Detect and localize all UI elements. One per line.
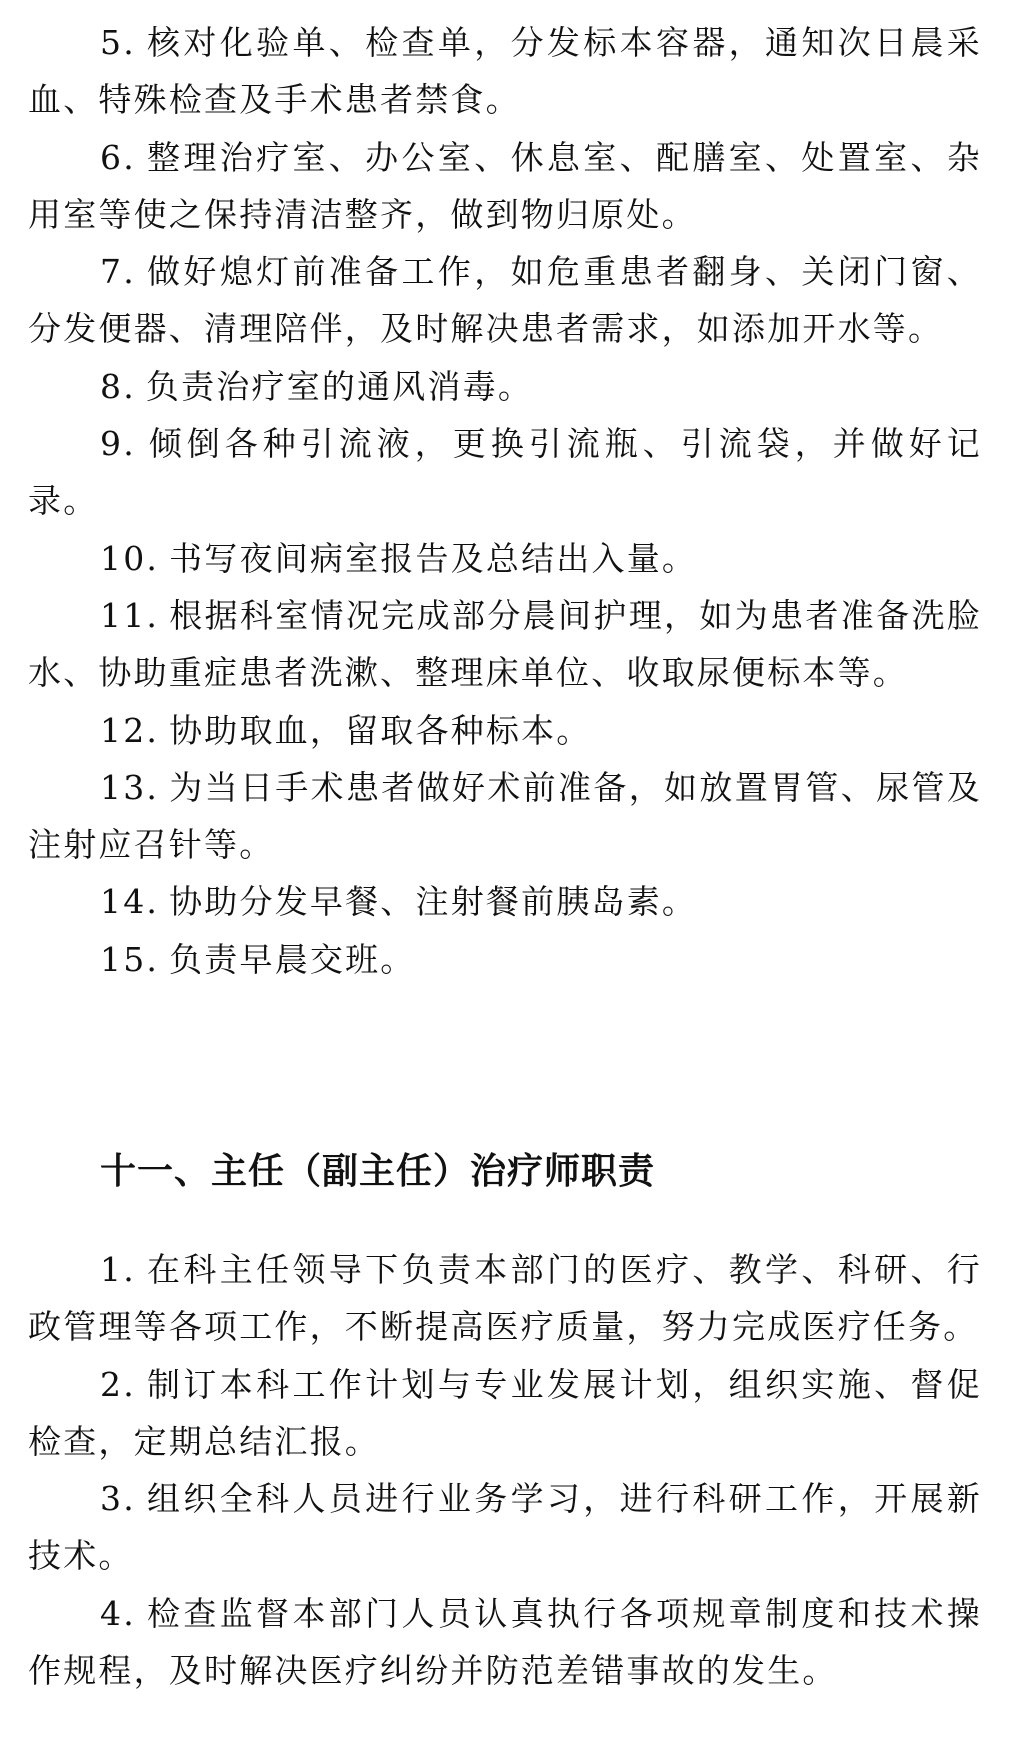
item-text: 为当日手术患者做好术前准备，如放置胃管、尿管及注射应召针等。: [28, 768, 982, 864]
item-text: 负责治疗室的通风消毒。: [146, 367, 533, 406]
item-text: 制订本科工作计划与专业发展计划，组织实施、督促检查，定期总结汇报。: [28, 1365, 982, 1461]
duty-item: 12.协助取血，留取各种标本。: [28, 702, 982, 759]
item-text: 倾倒各种引流液，更换引流瓶、引流袋，并做好记录。: [28, 424, 982, 520]
item-number: 1.: [100, 1250, 136, 1289]
duty-item: 2.制订本科工作计划与专业发展计划，组织实施、督促检查，定期总结汇报。: [28, 1356, 982, 1471]
item-number: 4.: [100, 1594, 136, 1633]
duty-item: 5.核对化验单、检查单，分发标本容器，通知次日晨采血、特殊检查及手术患者禁食。: [28, 14, 982, 129]
duty-item: 9.倾倒各种引流液，更换引流瓶、引流袋，并做好记录。: [28, 415, 982, 530]
item-text: 做好熄灯前准备工作，如危重患者翻身、关闭门窗、分发便器、清理陪伴，及时解决患者需…: [28, 252, 982, 348]
item-text: 根据科室情况完成部分晨间护理，如为患者准备洗脸水、协助重症患者洗漱、整理床单位、…: [28, 596, 982, 692]
item-text: 负责早晨交班。: [169, 940, 415, 979]
item-number: 6.: [100, 138, 136, 177]
item-text: 在科主任领导下负责本部门的医疗、教学、科研、行政管理等各项工作，不断提高医疗质量…: [28, 1250, 982, 1346]
duty-item: 14.协助分发早餐、注射餐前胰岛素。: [28, 873, 982, 930]
duty-item: 1.在科主任领导下负责本部门的医疗、教学、科研、行政管理等各项工作，不断提高医疗…: [28, 1241, 982, 1356]
item-number: 13.: [100, 768, 159, 807]
item-text: 协助分发早餐、注射餐前胰岛素。: [169, 882, 697, 921]
duty-item: 15.负责早晨交班。: [28, 931, 982, 988]
duty-item: 7.做好熄灯前准备工作，如危重患者翻身、关闭门窗、分发便器、清理陪伴，及时解决患…: [28, 243, 982, 358]
item-text: 组织全科人员进行业务学习，进行科研工作，开展新技术。: [28, 1479, 982, 1575]
item-number: 14.: [100, 882, 159, 921]
duty-item: 10.书写夜间病室报告及总结出入量。: [28, 530, 982, 587]
duty-item: 4.检查监督本部门人员认真执行各项规章制度和技术操作规程，及时解决医疗纠纷并防范…: [28, 1585, 982, 1700]
item-number: 2.: [100, 1365, 136, 1404]
item-number: 7.: [100, 252, 136, 291]
duty-item: 11.根据科室情况完成部分晨间护理，如为患者准备洗脸水、协助重症患者洗漱、整理床…: [28, 587, 982, 702]
duty-item: 3.组织全科人员进行业务学习，进行科研工作，开展新技术。: [28, 1470, 982, 1585]
section-heading: 十一、主任（副主任）治疗师职责: [100, 1146, 655, 1198]
item-text: 书写夜间病室报告及总结出入量。: [169, 539, 697, 578]
duties-list-chief-therapist: 1.在科主任领导下负责本部门的医疗、教学、科研、行政管理等各项工作，不断提高医疗…: [28, 1241, 982, 1699]
duty-item: 8.负责治疗室的通风消毒。: [28, 358, 982, 415]
item-number: 12.: [100, 711, 159, 750]
item-text: 核对化验单、检查单，分发标本容器，通知次日晨采血、特殊检查及手术患者禁食。: [28, 23, 982, 119]
item-text: 整理治疗室、办公室、休息室、配膳室、处置室、杂用室等使之保持清洁整齐，做到物归原…: [28, 138, 982, 234]
duty-item: 6.整理治疗室、办公室、休息室、配膳室、处置室、杂用室等使之保持清洁整齐，做到物…: [28, 129, 982, 244]
item-number: 5.: [100, 23, 136, 62]
duty-item: 13.为当日手术患者做好术前准备，如放置胃管、尿管及注射应召针等。: [28, 759, 982, 874]
item-number: 8.: [100, 367, 136, 406]
item-number: 11.: [100, 596, 159, 635]
item-number: 10.: [100, 539, 159, 578]
item-text: 协助取血，留取各种标本。: [169, 711, 591, 750]
item-number: 9.: [100, 424, 136, 463]
duties-list-night-nurse: 5.核对化验单、检查单，分发标本容器，通知次日晨采血、特殊检查及手术患者禁食。 …: [28, 14, 982, 988]
item-text: 检查监督本部门人员认真执行各项规章制度和技术操作规程，及时解决医疗纠纷并防范差错…: [28, 1594, 982, 1690]
item-number: 3.: [100, 1479, 136, 1518]
item-number: 15.: [100, 940, 159, 979]
